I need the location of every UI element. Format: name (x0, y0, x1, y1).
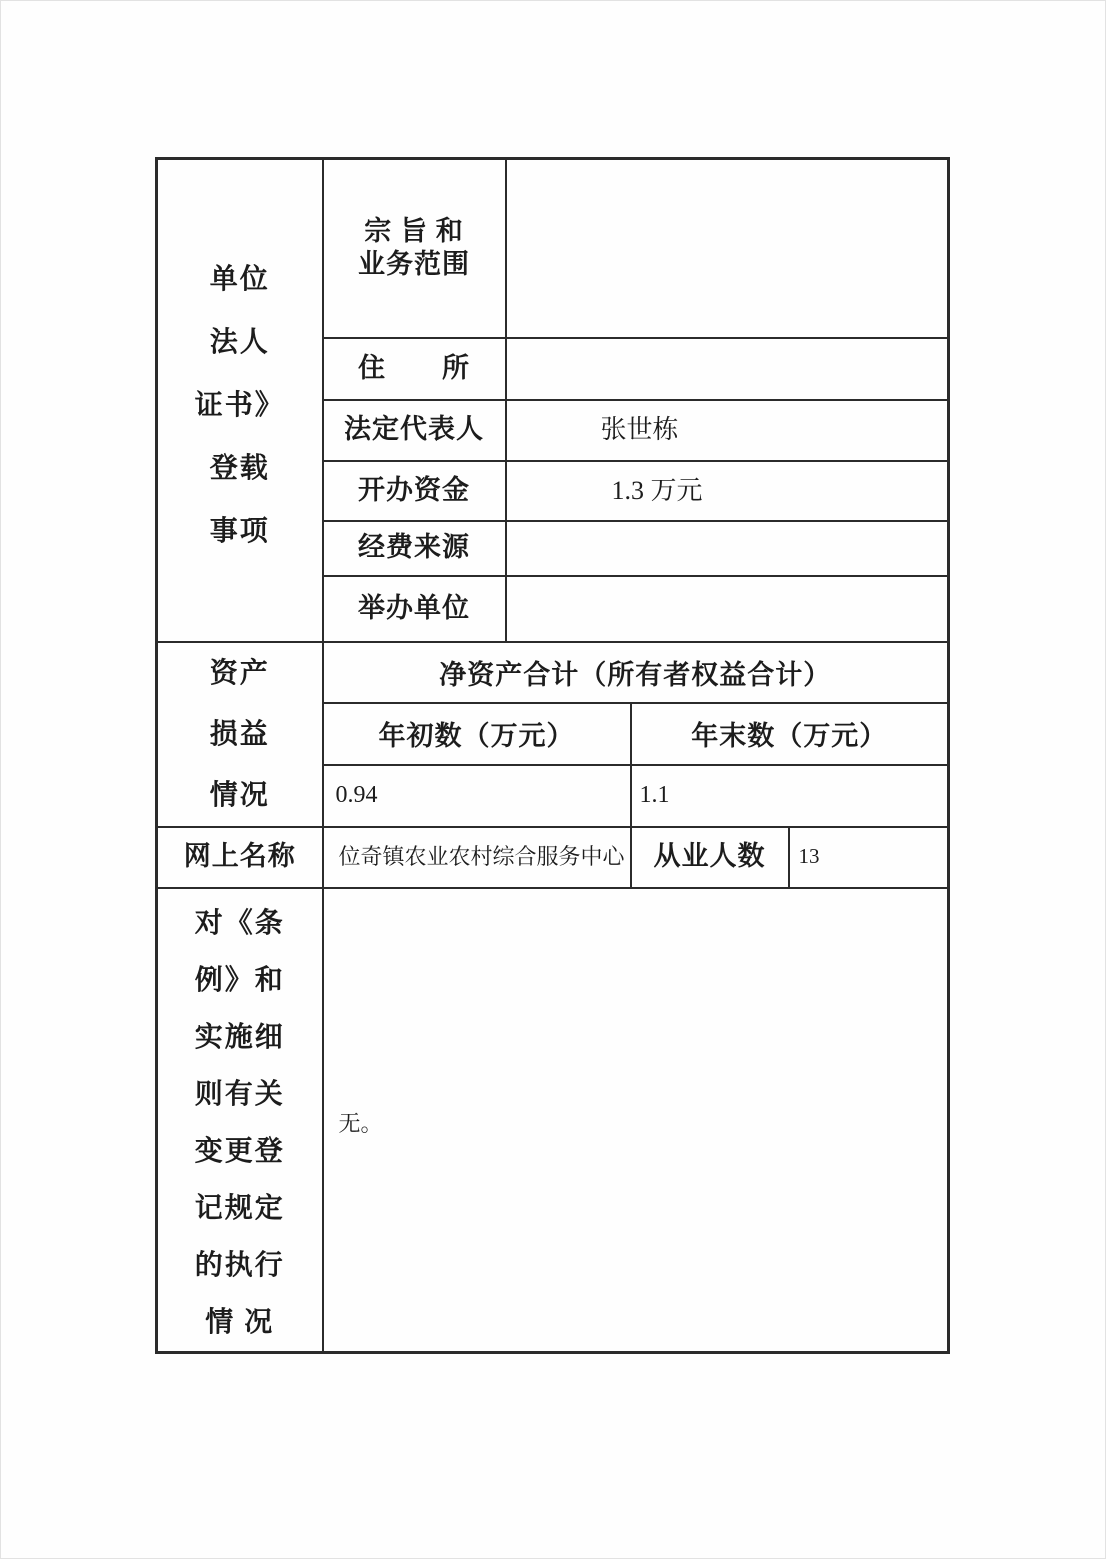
compliance-section-side-label: 对《条 例》和 实施细 则有关 变更登 记规定 的执行 情 况 (157, 888, 323, 1353)
year-end-label: 年末数（万元） (631, 703, 949, 765)
funding-value-cell (506, 521, 949, 576)
row-net-assets-header: 资产 损益 情况 净资产合计（所有者权益合计） (157, 642, 949, 703)
sponsor-label: 举办单位 (323, 576, 506, 642)
row-purpose: 单位 法人 证书》 登载 事项 宗 旨 和 业务范围 (157, 159, 949, 338)
cert-section-side-label: 单位 法人 证书》 登载 事项 (157, 159, 323, 642)
annual-report-form-table: 单位 法人 证书》 登载 事项 宗 旨 和 业务范围 住 所 法定代表人 张世栋… (155, 157, 950, 1354)
net-assets-header: 净资产合计（所有者权益合计） (323, 642, 949, 703)
sponsor-value-cell (506, 576, 949, 642)
year-start-label: 年初数（万元） (323, 703, 631, 765)
row-online-name: 网上名称 位奇镇农业农村综合服务中心 从业人数 13 (157, 827, 949, 888)
compliance-value-cell: 无。 (323, 888, 949, 1353)
capital-label: 开办资金 (323, 461, 506, 521)
address-label: 住 所 (323, 338, 506, 400)
online-name-label: 网上名称 (157, 827, 323, 888)
funding-label: 经费来源 (323, 521, 506, 576)
year-end-value-cell: 1.1 (631, 765, 949, 827)
purpose-label: 宗 旨 和 业务范围 (323, 159, 506, 338)
legal-rep-value-cell: 张世栋 (506, 400, 949, 461)
staff-count-label: 从业人数 (631, 827, 789, 888)
staff-count-value-cell: 13 (789, 827, 949, 888)
year-start-value-cell: 0.94 (323, 765, 631, 827)
legal-rep-label: 法定代表人 (323, 400, 506, 461)
capital-value-cell: 1.3 万元 (506, 461, 949, 521)
online-name-value-cell: 位奇镇农业农村综合服务中心 (323, 827, 631, 888)
row-compliance: 对《条 例》和 实施细 则有关 变更登 记规定 的执行 情 况 无。 (157, 888, 949, 1353)
assets-section-side-label: 资产 损益 情况 (157, 642, 323, 827)
address-value-cell (506, 338, 949, 400)
document-page: 单位 法人 证书》 登载 事项 宗 旨 和 业务范围 住 所 法定代表人 张世栋… (0, 0, 1106, 1559)
purpose-value-cell (506, 159, 949, 338)
